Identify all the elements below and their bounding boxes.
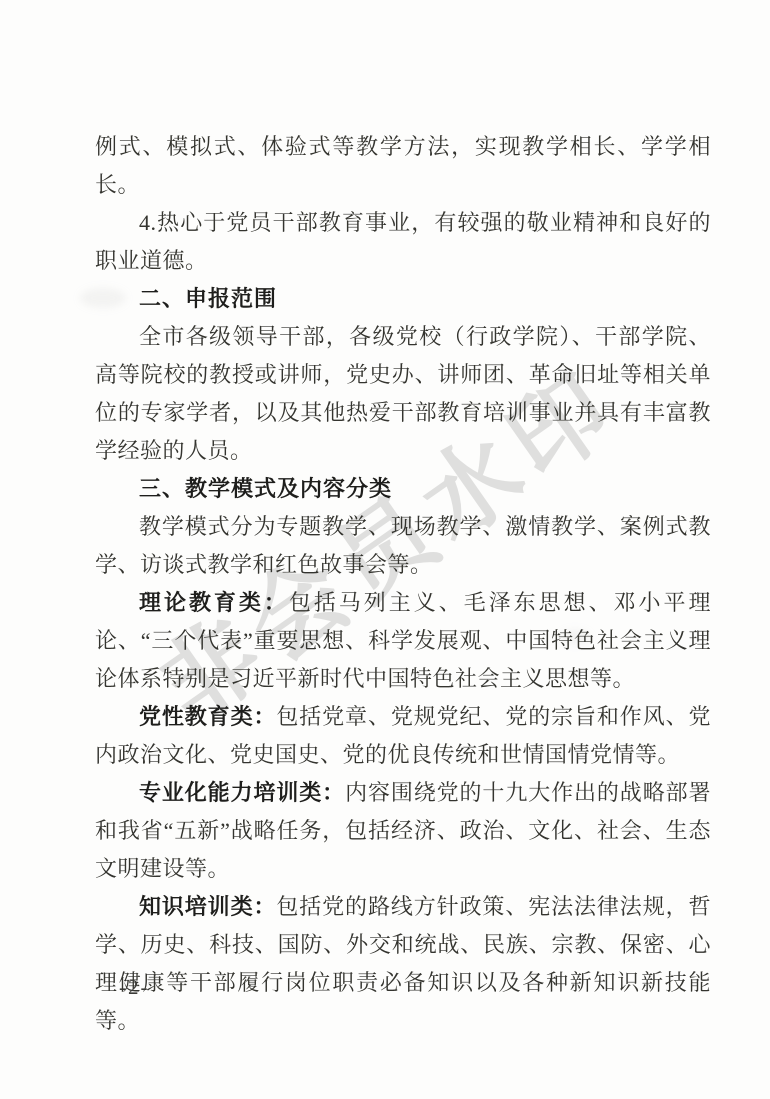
paragraph-text: 教学模式分为专题教学、现场教学、激情教学、案例式教学、访谈式教学和红色故事会等。 (95, 514, 711, 577)
category-label-professional: 专业化能力培训类： (139, 780, 345, 805)
paragraph-teaching-methods-continued: 例式、模拟式、体验式等教学方法，实现教学相长、学学相长。 (95, 128, 711, 204)
category-label-party-spirit: 党性教育类： (139, 704, 276, 729)
section-heading-application-scope: 二、申报范围 (95, 280, 711, 318)
document-page: 非会员水印 例式、模拟式、体验式等教学方法，实现教学相长、学学相长。 4.热心于… (0, 0, 770, 1099)
paragraph-text: 例式、模拟式、体验式等教学方法，实现教学相长、学学相长。 (95, 134, 711, 197)
paragraph-text: 4.热心于党员干部教育事业，有较强的敬业精神和良好的职业道德。 (95, 210, 711, 273)
heading-text: 三、教学模式及内容分类 (139, 476, 392, 501)
paragraph-text: 全市各级领导干部，各级党校（行政学院）、干部学院、高等院校的教授或讲师，党史办、… (95, 324, 711, 463)
paragraph-item-4: 4.热心于党员干部教育事业，有较强的敬业精神和良好的职业道德。 (95, 204, 711, 280)
paragraph-professional-training: 专业化能力培训类：内容围绕党的十九大作出的战略部署和我省“五新”战略任务，包括经… (95, 774, 711, 888)
paragraph-party-spirit-education: 党性教育类：包括党章、党规党纪、党的宗旨和作风、党内政治文化、党史国史、党的优良… (95, 698, 711, 774)
paragraph-knowledge-training: 知识培训类：包括党的路线方针政策、宪法法律法规，哲学、历史、科技、国防、外交和统… (95, 888, 711, 1040)
category-label-theory: 理论教育类： (139, 590, 289, 615)
paragraph-teaching-modes: 教学模式分为专题教学、现场教学、激情教学、案例式教学、访谈式教学和红色故事会等。 (95, 508, 711, 584)
page-number: -2- (119, 972, 150, 1002)
section-heading-teaching-modes: 三、教学模式及内容分类 (95, 470, 711, 508)
category-label-knowledge: 知识培训类： (139, 894, 276, 919)
paragraph-application-scope: 全市各级领导干部，各级党校（行政学院）、干部学院、高等院校的教授或讲师，党史办、… (95, 318, 711, 470)
document-content: 例式、模拟式、体验式等教学方法，实现教学相长、学学相长。 4.热心于党员干部教育… (95, 128, 711, 1040)
heading-text: 二、申报范围 (139, 286, 277, 311)
paragraph-theory-education: 理论教育类：包括马列主义、毛泽东思想、邓小平理论、“三个代表”重要思想、科学发展… (95, 584, 711, 698)
